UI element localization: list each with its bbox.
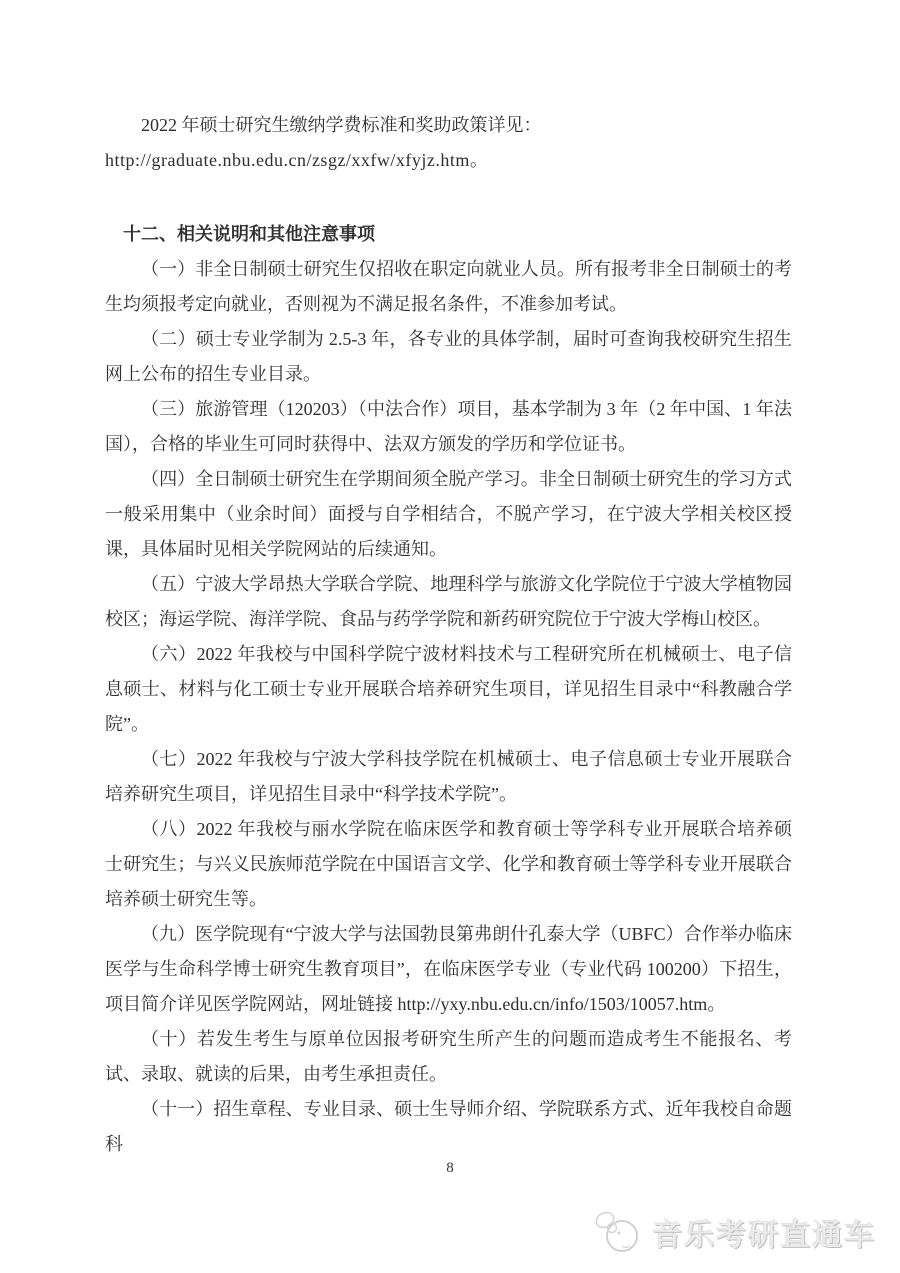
notice-item-1: （一）非全日制硕士研究生仅招收在职定向就业人员。所有报考非全日制硕士的考生均须报… <box>105 252 792 322</box>
intro-paragraph: 2022 年硕士研究生缴纳学费标准和奖助政策详见： <box>105 108 792 143</box>
notice-item-6: （六）2022 年我校与中国科学院宁波材料技术与工程研究所在机械硕士、电子信息硕… <box>105 637 792 742</box>
intro-url: http://graduate.nbu.edu.cn/zsgz/xxfw/xfy… <box>105 143 792 178</box>
notice-item-11: （十一）招生章程、专业目录、硕士生导师介绍、学院联系方式、近年我校自命题科 <box>105 1092 792 1162</box>
notice-item-8: （八）2022 年我校与丽水学院在临床医学和教育硕士等学科专业开展联合培养硕士研… <box>105 812 792 917</box>
document-page: 2022 年硕士研究生缴纳学费标准和奖助政策详见： http://graduat… <box>0 0 900 1273</box>
watermark: 音乐考研直通车 <box>592 1206 876 1258</box>
notice-item-7: （七）2022 年我校与宁波大学科技学院在机械硕士、电子信息硕士专业开展联合培养… <box>105 742 792 812</box>
watermark-text: 音乐考研直通车 <box>652 1210 876 1254</box>
notice-item-9: （九）医学院现有“宁波大学与法国勃艮第弗朗什孔泰大学（UBFC）合作举办临床医学… <box>105 917 792 1022</box>
page-number: 8 <box>0 1160 900 1177</box>
document-content: 2022 年硕士研究生缴纳学费标准和奖助政策详见： http://graduat… <box>105 108 792 1162</box>
notice-item-5: （五）宁波大学昂热大学联合学院、地理科学与旅游文化学院位于宁波大学植物园校区；海… <box>105 567 792 637</box>
notice-item-2: （二）硕士专业学制为 2.5-3 年，各专业的具体学制，届时可查询我校研究生招生… <box>105 322 792 392</box>
panda-sketch-icon <box>592 1206 644 1258</box>
section-heading: 十二、相关说明和其他注意事项 <box>105 217 792 252</box>
notice-item-4: （四）全日制硕士研究生在学期间须全脱产学习。非全日制硕士研究生的学习方式一般采用… <box>105 462 792 567</box>
notice-item-3: （三）旅游管理（120203）（中法合作）项目，基本学制为 3 年（2 年中国、… <box>105 392 792 462</box>
notice-item-10: （十）若发生考生与原单位因报考研究生所产生的问题而造成考生不能报名、考试、录取、… <box>105 1022 792 1092</box>
